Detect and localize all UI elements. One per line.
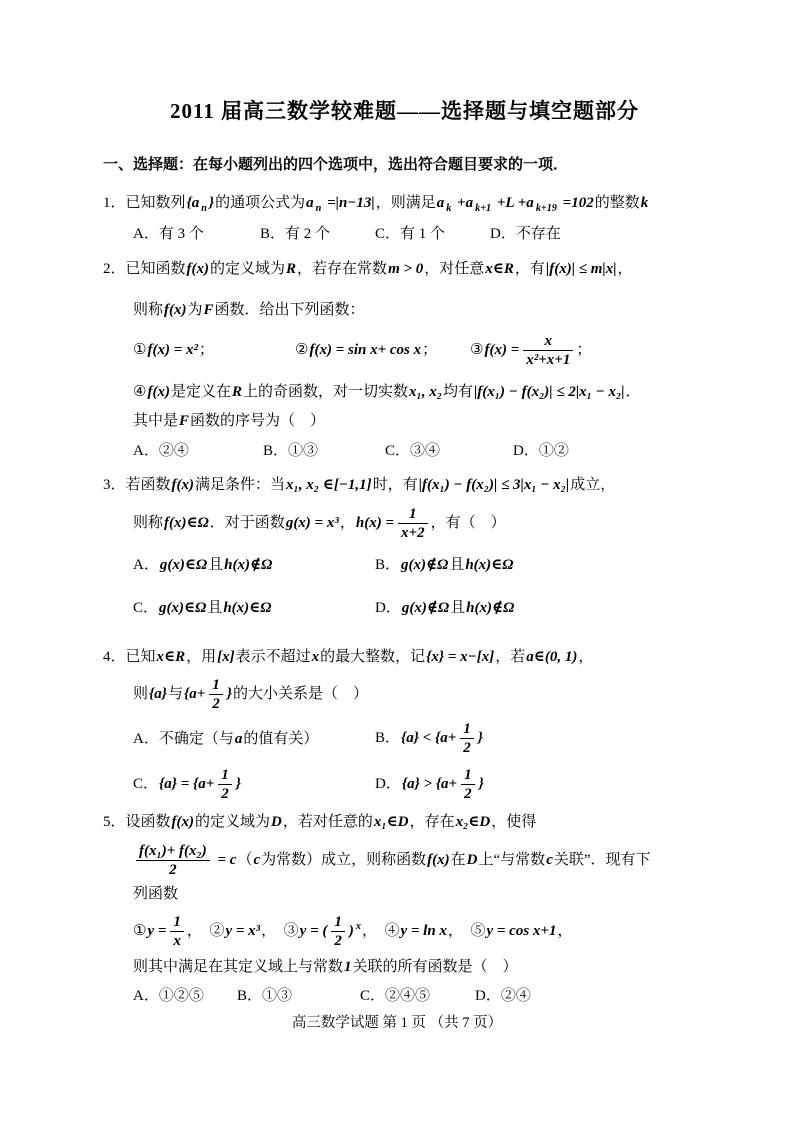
text-run: ， ④ xyxy=(362,923,400,939)
section-heading: 一、选择题：在每小题列出的四个选项中，选出符合题目要求的一项． xyxy=(103,155,706,175)
option-a: A．不确定（与a的值有关） xyxy=(133,729,375,749)
text-run: h(x)∉Ω xyxy=(466,600,514,616)
option-a: A．g(x)∈Ω且h(x)∉Ω xyxy=(133,555,375,575)
option-b: B．①③ xyxy=(237,986,360,1006)
text-run: ； xyxy=(199,342,214,358)
fraction: xx²+x+1 xyxy=(523,332,573,369)
text-run: x₁∈D xyxy=(374,814,409,830)
text-run: k+19 xyxy=(536,203,557,214)
text-run: ， xyxy=(340,515,355,531)
text-run: k xyxy=(446,203,451,214)
text-run: n xyxy=(201,203,207,214)
text-run: ，若 xyxy=(495,649,525,665)
text-run: n xyxy=(316,203,322,214)
text-run: m > 0 xyxy=(388,261,423,277)
text-run: h(x) = xyxy=(356,515,394,531)
text-run: g(x)∉Ω xyxy=(401,557,448,573)
page-content: 2011 届高三数学较难题——选择题与填空题部分 一、选择题：在每小题列出的四个… xyxy=(0,0,794,1006)
text-run: f(x) xyxy=(164,302,187,318)
text-run: D． xyxy=(375,600,401,616)
text-run: ， xyxy=(578,649,593,665)
fraction: 12 xyxy=(331,913,345,950)
text-run: x∈R xyxy=(485,261,514,277)
question-2: 2．已知函数f(x)的定义域为R，若存在常数m > 0，对任意x∈R，有|f(x… xyxy=(103,259,706,461)
question-3-stem: 3．若函数f(x)满足条件：当x₁, x₂ ∈[−1,1]时，有|f(x₁) −… xyxy=(103,475,706,495)
question-5-function-list: ①y =1x， ②y = x³， ③y = (12)x， ④y = ln x， … xyxy=(103,913,706,950)
page-footer: 高三数学试题 第 1 页 （共 7 页） xyxy=(0,1014,794,1034)
text-run: B． xyxy=(375,557,400,573)
question-3: 3．若函数f(x)满足条件：当x₁, x₂ ∈[−1,1]时，有|f(x₁) −… xyxy=(103,475,706,618)
text-run: {x} = x−[x] xyxy=(426,649,494,665)
text-run: 3．若函数 xyxy=(103,477,171,493)
text-run: x₂∈D xyxy=(456,814,491,830)
text-run: y = x³ xyxy=(225,923,260,939)
text-run: f(x) xyxy=(147,384,170,400)
text-run: ，有 xyxy=(515,261,545,277)
text-run: {a} > {a+ xyxy=(402,776,457,792)
fraction: 12 xyxy=(209,676,223,713)
text-run: |f(x₁) − f(x₂)| ≤ 3|x₁ − x₂| xyxy=(419,477,570,493)
text-run: a xyxy=(306,195,314,211)
text-run: f(x) = x² xyxy=(147,342,198,358)
text-run: g(x) = x³ xyxy=(286,515,339,531)
option-b: B．{a} < {a+12} xyxy=(375,720,484,757)
page-title: 2011 届高三数学较难题——选择题与填空题部分 xyxy=(103,0,706,125)
text-run: ，对任意 xyxy=(424,261,484,277)
option-c: C．②④⑤ xyxy=(360,986,475,1006)
text-run: R xyxy=(286,261,296,277)
text-run: ， ② xyxy=(187,923,225,939)
text-run: ，若对任意的 xyxy=(283,814,373,830)
function-item-3: ③f(x) =xx²+x+1； xyxy=(470,332,591,369)
text-run: ．对于函数 xyxy=(210,515,285,531)
question-4-options-row-1: A．不确定（与a的值有关） B．{a} < {a+12} xyxy=(103,720,706,757)
text-run: 为常数）成立，则称函数 xyxy=(261,852,426,868)
text-run: y = ln x xyxy=(400,923,446,939)
question-5-stem: 5．设函数f(x)的定义域为D，若对任意的x₁∈D，存在x₂∈D，使得 xyxy=(103,812,706,832)
text-run: ， xyxy=(557,923,572,939)
text-run: a xyxy=(235,731,243,747)
text-run: ，若存在常数 xyxy=(297,261,387,277)
text-run: =102 xyxy=(559,195,594,211)
text-run: h(x)∉Ω xyxy=(224,557,272,573)
text-run: c xyxy=(546,852,553,868)
question-1: 1．已知数列{an}的通项公式为an =|n−13|，则满足ak +ak+1 +… xyxy=(103,193,706,245)
text-run: |f(x₁) − f(x₂)| ≤ 2|x₁ − x₂| xyxy=(474,384,625,400)
function-item-2: ②f(x) = sin x+ cos x； xyxy=(295,340,470,360)
text-run: F xyxy=(179,413,189,429)
option-a: A．①②⑤ xyxy=(133,986,237,1006)
text-run: 时，有 xyxy=(373,477,418,493)
text-run: g(x)∈Ω xyxy=(160,557,207,573)
text-run: ① xyxy=(133,923,146,939)
text-run: A．不确定（与 xyxy=(133,731,234,747)
text-run: 的最大整数，记 xyxy=(320,649,425,665)
text-run: D． xyxy=(375,776,401,792)
option-a: A．②④ xyxy=(133,441,263,461)
text-run: 的定义域为 xyxy=(195,814,270,830)
option-b: B．有 2 个 xyxy=(260,224,375,244)
option-d: D．{a} > {a+12} xyxy=(375,766,485,803)
option-c: C．有 1 个 xyxy=(375,224,490,244)
text-run: ② xyxy=(295,342,308,358)
text-run: 的值有关） xyxy=(243,731,318,747)
function-item-1: ①f(x) = x²； xyxy=(133,340,295,360)
text-run: 的整数 xyxy=(595,195,640,211)
text-run: 表示不超过 xyxy=(236,649,311,665)
function-item-4: ④f(x)是定义在R上的奇函数，对一切实数x₁, x₂均有|f(x₁) − f(… xyxy=(103,382,706,402)
text-run: y = xyxy=(147,923,166,939)
text-run: 5．设函数 xyxy=(103,814,171,830)
option-b: B．①③ xyxy=(263,441,385,461)
text-run: R xyxy=(232,384,242,400)
option-a: A．有 3 个 xyxy=(133,224,260,244)
question-5-stem-continued-2: 列函数 xyxy=(103,884,706,904)
text-run: ，有（ ） xyxy=(431,515,506,531)
text-run: 的定义域为 xyxy=(210,261,285,277)
text-run: y = cos x+1 xyxy=(486,923,556,939)
text-run: 则 xyxy=(133,686,148,702)
question-2-options: A．②④ B．①③ C．③④ D．①② xyxy=(103,441,706,461)
text-run: f(x)∈Ω xyxy=(164,515,209,531)
text-run: ，存在 xyxy=(410,814,455,830)
fraction: 12 xyxy=(461,766,475,803)
text-run: B． xyxy=(375,730,400,746)
text-run: ，则满足 xyxy=(376,195,436,211)
text-run: 2．已知函数 xyxy=(103,261,186,277)
option-d: D．②④ xyxy=(475,986,531,1006)
text-run: 1 xyxy=(344,959,352,975)
text-run: ， xyxy=(618,261,633,277)
fraction: 1x xyxy=(170,913,184,950)
text-run: D xyxy=(467,852,478,868)
text-run: ， ⑤ xyxy=(448,923,486,939)
question-2-prompt: 其中是F函数的序号为（ ） xyxy=(103,411,706,431)
fraction: 12 xyxy=(460,720,474,757)
option-d: D．不存在 xyxy=(490,224,561,244)
text-run: {a} xyxy=(149,686,167,702)
text-run: +a xyxy=(453,195,473,211)
text-run: 函数．给出下列函数： xyxy=(215,302,365,318)
question-3-stem-continued: 则称f(x)∈Ω．对于函数g(x) = x³，h(x) =1x+2，有（ ） xyxy=(103,505,706,542)
question-4-options-row-2: C．{a} = {a+12} D．{a} > {a+12} xyxy=(103,766,706,803)
question-2-stem-continued: 则称f(x)为F函数．给出下列函数： xyxy=(103,300,706,320)
text-run: 的通项公式为 xyxy=(215,195,305,211)
text-run: c xyxy=(253,852,260,868)
question-5-stem-continued: f(x₁)+ f(x₂)2 = c（c为常数）成立，则称函数f(x)在D上“与常… xyxy=(103,842,706,879)
question-4: 4．已知x∈R，用[x]表示不超过x的最大整数，记{x} = x−[x]，若a∈… xyxy=(103,647,706,803)
text-run: 成立， xyxy=(570,477,615,493)
text-run: 为 xyxy=(188,302,203,318)
text-run: ，使得 xyxy=(491,814,536,830)
option-b: B．g(x)∉Ω且h(x)∈Ω xyxy=(375,555,514,575)
text-run: f(x) = sin x+ cos x xyxy=(309,342,421,358)
text-run: {a xyxy=(187,195,200,211)
text-run: 关联”．现有下 xyxy=(554,852,651,868)
text-run: f(x) = xyxy=(484,342,519,358)
text-run: 是定义在 xyxy=(171,384,231,400)
option-c: C．g(x)∈Ω且h(x)∈Ω xyxy=(133,598,375,618)
text-run: f(x) xyxy=(172,814,195,830)
option-c: C．{a} = {a+12} xyxy=(133,766,375,803)
text-run: |f(x)| ≤ m|x| xyxy=(546,261,617,277)
text-run: 与 xyxy=(168,686,183,702)
text-run: 1．已知数列 xyxy=(103,195,186,211)
text-run: 列函数 xyxy=(133,886,178,902)
text-run: ； xyxy=(576,342,591,358)
text-run: ，用 xyxy=(186,649,216,665)
text-run: 则称 xyxy=(133,302,163,318)
text-run: 均有 xyxy=(443,384,473,400)
text-run: ． xyxy=(626,384,641,400)
text-run: x₁, x₂ xyxy=(409,384,442,400)
text-run: 且 xyxy=(449,557,464,573)
text-run: ， ③ xyxy=(261,923,299,939)
text-run: +L +a xyxy=(493,195,534,211)
text-run: a∈(0, 1) xyxy=(526,649,577,665)
text-run: D xyxy=(271,814,282,830)
question-3-options-row-2: C．g(x)∈Ω且h(x)∈Ω D．g(x)∉Ω且h(x)∉Ω xyxy=(103,598,706,618)
text-run: （ xyxy=(237,852,252,868)
text-run: 上“与常数 xyxy=(479,852,546,868)
text-run: g(x)∉Ω xyxy=(402,600,449,616)
text-run: ① xyxy=(133,342,146,358)
text-run: = c xyxy=(214,852,237,868)
text-run: 函数的序号为（ ） xyxy=(190,413,325,429)
text-run: F xyxy=(204,302,214,318)
text-run: f(x) xyxy=(172,477,195,493)
text-run: ； xyxy=(422,342,437,358)
text-run: 满足条件：当 xyxy=(195,477,285,493)
text-run: =|n−13| xyxy=(323,195,374,211)
question-4-stem-continued: 则{a}与{a+12}的大小关系是（ ） xyxy=(103,676,706,713)
text-run: y = ( xyxy=(300,923,328,939)
text-run: 且 xyxy=(208,557,223,573)
question-4-stem: 4．已知x∈R，用[x]表示不超过x的最大整数，记{x} = x−[x]，若a∈… xyxy=(103,647,706,667)
text-run: 在 xyxy=(451,852,466,868)
text-run: 且 xyxy=(450,600,465,616)
text-run: C． xyxy=(133,776,158,792)
text-run: a xyxy=(437,195,445,211)
text-run: ④ xyxy=(133,384,146,400)
text-run: x₁, x₂ ∈[−1,1] xyxy=(286,477,372,493)
option-d: D．①② xyxy=(513,441,569,461)
question-1-stem: 1．已知数列{an}的通项公式为an =|n−13|，则满足ak +ak+1 +… xyxy=(103,193,706,213)
text-run: {a} = {a+ xyxy=(159,776,214,792)
text-run: 其中是 xyxy=(133,413,178,429)
question-2-function-list: ①f(x) = x²； ②f(x) = sin x+ cos x； ③f(x) … xyxy=(103,332,706,369)
text-run: 关联的所有函数是（ ） xyxy=(353,959,518,975)
fraction: f(x₁)+ f(x₂)2 xyxy=(136,842,210,879)
option-d: D．g(x)∉Ω且h(x)∉Ω xyxy=(375,598,515,618)
text-run: 的大小关系是（ ） xyxy=(233,686,368,702)
text-run: {a} < {a+ xyxy=(401,730,456,746)
fraction: 1x+2 xyxy=(398,505,428,542)
text-run: 上的奇函数，对一切实数 xyxy=(243,384,408,400)
text-run: f(x) xyxy=(187,261,210,277)
question-5-options: A．①②⑤ B．①③ C．②④⑤ D．②④ xyxy=(103,986,706,1006)
text-run: h(x)∈Ω xyxy=(223,600,271,616)
text-run: g(x)∈Ω xyxy=(159,600,206,616)
text-run: 4．已知 xyxy=(103,649,156,665)
text-run: k+1 xyxy=(475,203,491,214)
document-page: 2011 届高三数学较难题——选择题与填空题部分 一、选择题：在每小题列出的四个… xyxy=(0,0,794,1123)
text-run: 则称 xyxy=(133,515,163,531)
text-run: } xyxy=(478,730,483,746)
question-5: 5．设函数f(x)的定义域为D，若对任意的x₁∈D，存在x₂∈D，使得 f(x₁… xyxy=(103,812,706,1006)
text-run: f(x) xyxy=(427,852,450,868)
question-3-options-row-1: A．g(x)∈Ω且h(x)∉Ω B．g(x)∉Ω且h(x)∈Ω xyxy=(103,555,706,575)
text-run: x∈R xyxy=(157,649,186,665)
question-2-stem: 2．已知函数f(x)的定义域为R，若存在常数m > 0，对任意x∈R，有|f(x… xyxy=(103,259,706,279)
text-run: } xyxy=(227,686,232,702)
text-run: h(x)∈Ω xyxy=(465,557,513,573)
fraction: 12 xyxy=(218,766,232,803)
text-run: C． xyxy=(133,600,158,616)
text-run: k xyxy=(641,195,649,211)
text-run: [x] xyxy=(217,649,235,665)
question-5-prompt: 则其中满足在其定义域上与常数1关联的所有函数是（ ） xyxy=(103,957,706,977)
text-run: 则其中满足在其定义域上与常数 xyxy=(133,959,343,975)
text-run: {a+ xyxy=(184,686,205,702)
option-c: C．③④ xyxy=(385,441,513,461)
text-run: } xyxy=(479,776,484,792)
text-run: x xyxy=(356,921,361,932)
text-run: A． xyxy=(133,557,159,573)
text-run: } xyxy=(236,776,241,792)
text-run: ) xyxy=(349,923,354,939)
text-run: ③ xyxy=(470,342,483,358)
text-run: } xyxy=(209,195,214,211)
text-run: x xyxy=(312,649,320,665)
text-run: 且 xyxy=(207,600,222,616)
question-1-options: A．有 3 个 B．有 2 个 C．有 1 个 D．不存在 xyxy=(103,224,706,244)
